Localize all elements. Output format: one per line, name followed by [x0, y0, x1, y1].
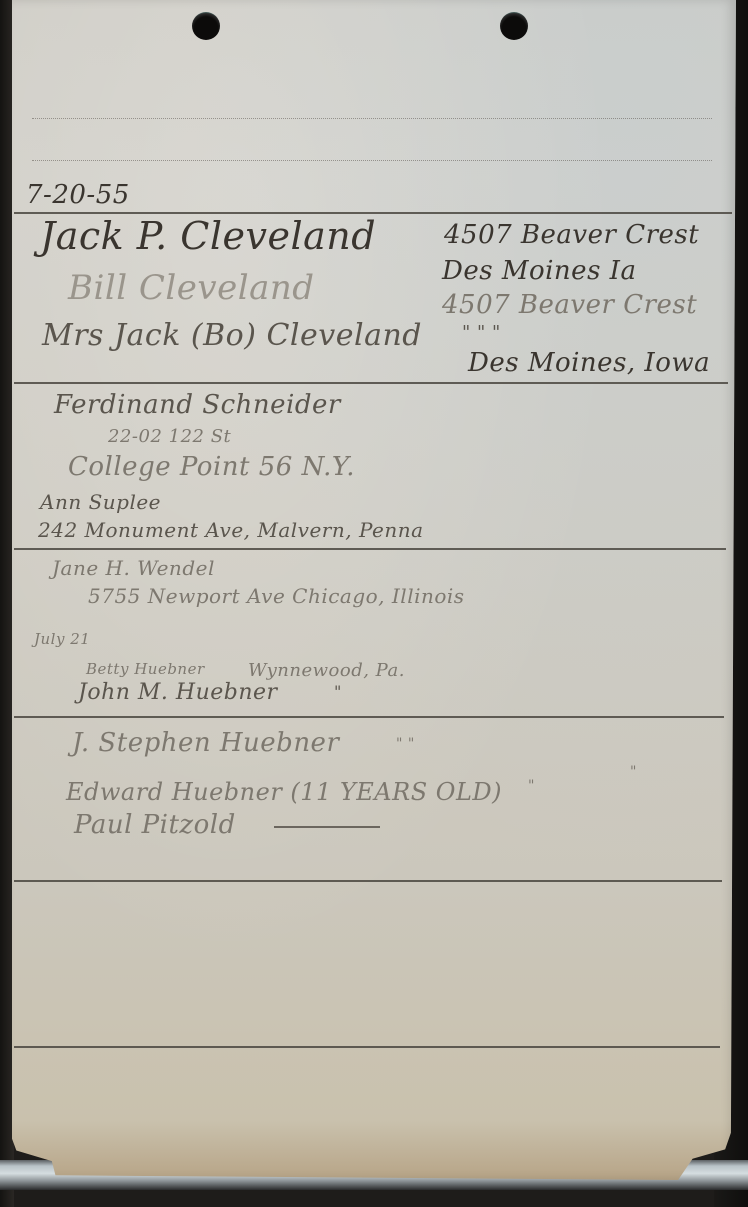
- guest-address: 242 Monument Ave, Malvern, Penna: [38, 518, 424, 542]
- guest-address: Des Moines, Iowa: [468, 348, 710, 378]
- printed-guide-line: [32, 160, 712, 162]
- guest-name: John M. Huebner: [78, 680, 278, 705]
- rule-line: [14, 1046, 720, 1048]
- trailing-dash: [274, 826, 380, 828]
- ditto-marks: " " ": [462, 322, 501, 343]
- guest-address: Des Moines Ia: [442, 256, 636, 286]
- guest-name: Ann Suplee: [40, 490, 161, 514]
- guest-address: 5755 Newport Ave Chicago, Illinois: [88, 584, 465, 608]
- guest-name: Paul Pitzold: [74, 810, 236, 840]
- guest-name: Ferdinand Schneider: [54, 390, 341, 420]
- ditto-mark: ": [334, 682, 342, 701]
- ditto-mark: ": [528, 778, 535, 794]
- rule-line: [14, 716, 724, 718]
- guest-address: College Point 56 N.Y.: [68, 452, 355, 482]
- punch-hole-left: [192, 12, 220, 40]
- rule-line: [14, 548, 726, 550]
- background-left: [0, 0, 14, 1207]
- guest-address: 4507 Beaver Crest: [442, 290, 697, 320]
- ditto-marks: " ": [396, 736, 415, 752]
- guest-name: J. Stephen Huebner: [72, 728, 339, 758]
- guest-address: 4507 Beaver Crest: [444, 220, 699, 250]
- register-page: 7-20-55 Jack P. Cleveland 4507 Beaver Cr…: [12, 0, 736, 1180]
- guest-name: Bill Cleveland: [68, 268, 315, 308]
- guest-name: Jane H. Wendel: [52, 556, 215, 580]
- entry-date: July 21: [34, 630, 90, 648]
- date-header: 7-20-55: [26, 180, 130, 210]
- guest-name: Mrs Jack (Bo) Cleveland: [42, 318, 422, 353]
- punch-hole-right: [500, 12, 528, 40]
- guest-address: 22-02 122 St: [108, 426, 231, 447]
- printed-guide-line: [32, 118, 712, 120]
- guest-name: Edward Huebner (11 YEARS OLD): [66, 778, 502, 806]
- rule-line: [14, 880, 722, 882]
- guest-name: Betty Huebner: [86, 660, 205, 678]
- guest-address: Wynnewood, Pa.: [248, 660, 405, 681]
- guest-name: Jack P. Cleveland: [40, 214, 376, 258]
- stray-ditto-mark: ": [630, 764, 637, 780]
- rule-line: [14, 382, 728, 384]
